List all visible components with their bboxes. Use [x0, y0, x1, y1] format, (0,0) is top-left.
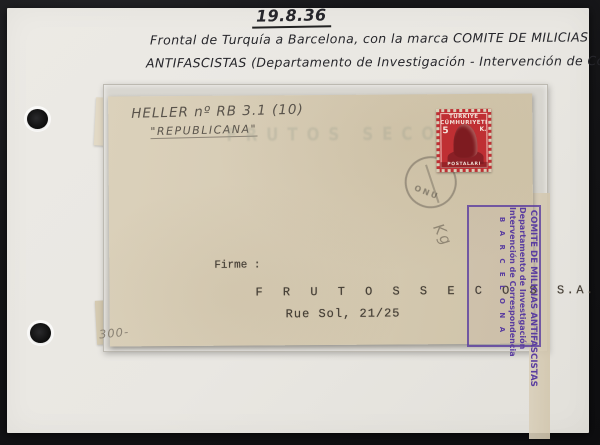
heller-catalog-note: HELLER nº RB 3.1 (10): [131, 102, 304, 122]
addressee-name: F R U T O S S E C O S S.A.: [255, 283, 595, 299]
pencil-initials: Kg: [429, 221, 456, 250]
handwritten-caption-line1: Frontal de Turquía a Barcelona, con la m…: [150, 29, 589, 47]
ghost-impression-text: FRUTOS SECOS: [226, 122, 463, 145]
handwritten-date: 19.8.36: [252, 5, 331, 28]
protective-sleeve: HELLER nº RB 3.1 (10) "REPUBLICANA" FRUT…: [103, 84, 548, 352]
punch-hole-bottom: [30, 323, 51, 343]
punch-hole-top: [27, 109, 48, 129]
stamp-value-numeral: 5: [442, 126, 448, 136]
stamp-currency: K.: [479, 126, 486, 133]
turkish-postage-stamp: TÜRKIYE CÜMHURIYETI 5 K. POSTALARI: [436, 109, 491, 172]
postal-cover: HELLER nº RB 3.1 (10) "REPUBLICANA" FRUT…: [108, 94, 534, 347]
album-page: 19.8.36 Frontal de Turquía a Barcelona, …: [7, 8, 589, 433]
album-binder-background: 19.8.36 Frontal de Turquía a Barcelona, …: [0, 0, 600, 445]
addressee-label: Firme :: [214, 259, 260, 271]
handwritten-caption-line2: ANTIFASCISTAS (Departamento de Investiga…: [146, 53, 600, 71]
postmark-text: ONU: [413, 184, 440, 202]
stamp-bottom-text: POSTALARI: [441, 162, 488, 168]
addressee-street: Rue Sol, 21/25: [286, 306, 401, 321]
